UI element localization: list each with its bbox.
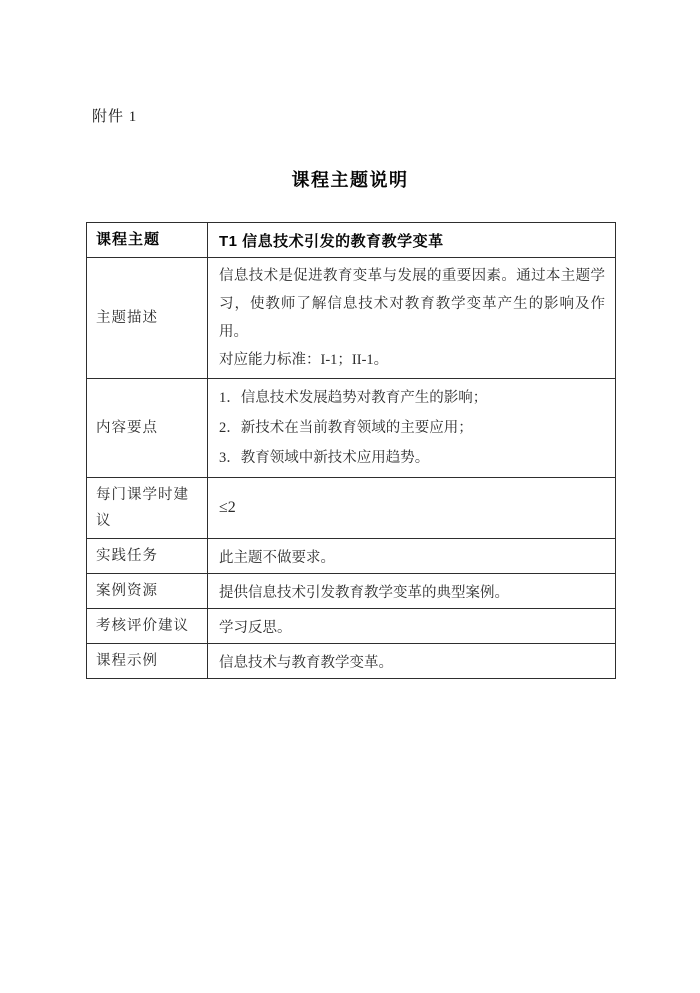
document-page: 附件 1 课程主题说明 课程主题 T1 信息技术引发的教育教学变革 主题描述 信… <box>0 0 700 993</box>
list-item: 2．新技术在当前教育领域的主要应用； <box>219 413 605 443</box>
row-label: 考核评价建议 <box>87 609 208 644</box>
table-row-suggested-hours: 每门课学时建议 ≤2 <box>87 478 616 539</box>
row-content: T1 信息技术引发的教育教学变革 <box>208 223 616 258</box>
table-row-case-resources: 案例资源 提供信息技术引发教育教学变革的典型案例。 <box>87 574 616 609</box>
table-row-course-topic: 课程主题 T1 信息技术引发的教育教学变革 <box>87 223 616 258</box>
paragraph: 对应能力标准：I-1；II-1。 <box>219 346 605 374</box>
row-label: 课程主题 <box>87 223 208 258</box>
row-content: 信息技术与教育教学变革。 <box>208 644 616 679</box>
table-row-topic-description: 主题描述 信息技术是促进教育变革与发展的重要因素。通过本主题学习，使教师了解信息… <box>87 258 616 379</box>
row-content: 1．信息技术发展趋势对教育产生的影响； 2．新技术在当前教育领域的主要应用； 3… <box>208 379 616 478</box>
table-row-practice-task: 实践任务 此主题不做要求。 <box>87 539 616 574</box>
row-content: 提供信息技术引发教育教学变革的典型案例。 <box>208 574 616 609</box>
row-content: 学习反思。 <box>208 609 616 644</box>
attachment-label: 附件 1 <box>92 105 137 126</box>
row-label: 课程示例 <box>87 644 208 679</box>
table-row-course-example: 课程示例 信息技术与教育教学变革。 <box>87 644 616 679</box>
table-row-assessment-suggestion: 考核评价建议 学习反思。 <box>87 609 616 644</box>
row-label: 内容要点 <box>87 379 208 478</box>
row-content: 信息技术是促进教育变革与发展的重要因素。通过本主题学习，使教师了解信息技术对教育… <box>208 258 616 379</box>
list-item: 3．教育领域中新技术应用趋势。 <box>219 443 605 473</box>
row-label: 案例资源 <box>87 574 208 609</box>
row-label: 主题描述 <box>87 258 208 379</box>
row-content: 此主题不做要求。 <box>208 539 616 574</box>
row-label: 实践任务 <box>87 539 208 574</box>
row-content: ≤2 <box>208 478 616 539</box>
list-item: 1．信息技术发展趋势对教育产生的影响； <box>219 383 605 413</box>
table-row-content-points: 内容要点 1．信息技术发展趋势对教育产生的影响； 2．新技术在当前教育领域的主要… <box>87 379 616 478</box>
page-title: 课程主题说明 <box>0 166 700 192</box>
row-label: 每门课学时建议 <box>87 478 208 539</box>
paragraph: 信息技术是促进教育变革与发展的重要因素。通过本主题学习，使教师了解信息技术对教育… <box>219 262 605 346</box>
course-topic-table: 课程主题 T1 信息技术引发的教育教学变革 主题描述 信息技术是促进教育变革与发… <box>86 222 616 679</box>
